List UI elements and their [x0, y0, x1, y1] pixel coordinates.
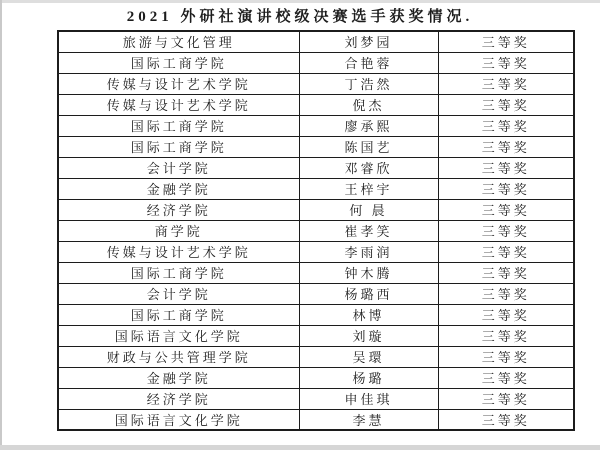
- name-cell: 杨璐: [299, 367, 438, 388]
- college-cell: 国际工商学院: [58, 52, 299, 73]
- name-cell: 刘璇: [299, 325, 438, 346]
- award-cell: 三等奖: [438, 136, 574, 157]
- document-page: 2021 外研社演讲校级决赛选手获奖情况. 旅游与文化管理刘梦园三等奖国际工商学…: [0, 0, 600, 450]
- table-row: 商学院崔孝笑三等奖: [58, 220, 574, 241]
- award-cell: 三等奖: [438, 409, 574, 430]
- document-title: 2021 外研社演讲校级决赛选手获奖情况.: [0, 5, 600, 26]
- name-cell: 吴環: [299, 346, 438, 367]
- name-cell: 廖承熙: [299, 115, 438, 136]
- college-cell: 国际工商学院: [58, 304, 299, 325]
- name-cell: 倪杰: [299, 94, 438, 115]
- awards-table: 旅游与文化管理刘梦园三等奖国际工商学院合艳蓉三等奖传媒与设计艺术学院丁浩然三等奖…: [57, 30, 575, 431]
- table-row: 国际工商学院陈国艺三等奖: [58, 136, 574, 157]
- table-row: 传媒与设计艺术学院倪杰三等奖: [58, 94, 574, 115]
- award-cell: 三等奖: [438, 367, 574, 388]
- name-cell: 崔孝笑: [299, 220, 438, 241]
- award-cell: 三等奖: [438, 73, 574, 94]
- awards-table-body: 旅游与文化管理刘梦园三等奖国际工商学院合艳蓉三等奖传媒与设计艺术学院丁浩然三等奖…: [58, 31, 574, 430]
- table-row: 国际工商学院廖承熙三等奖: [58, 115, 574, 136]
- name-cell: 合艳蓉: [299, 52, 438, 73]
- name-cell: 丁浩然: [299, 73, 438, 94]
- table-row: 国际工商学院钟木腾三等奖: [58, 262, 574, 283]
- college-cell: 经济学院: [58, 199, 299, 220]
- table-row: 国际语言文化学院李慧三等奖: [58, 409, 574, 430]
- name-cell: 李雨润: [299, 241, 438, 262]
- college-cell: 会计学院: [58, 283, 299, 304]
- table-row: 经济学院申佳琪三等奖: [58, 388, 574, 409]
- college-cell: 财政与公共管理学院: [58, 346, 299, 367]
- name-cell: 李慧: [299, 409, 438, 430]
- college-cell: 国际工商学院: [58, 262, 299, 283]
- name-cell: 申佳琪: [299, 388, 438, 409]
- table-row: 国际语言文化学院刘璇三等奖: [58, 325, 574, 346]
- award-cell: 三等奖: [438, 178, 574, 199]
- award-cell: 三等奖: [438, 346, 574, 367]
- name-cell: 陈国艺: [299, 136, 438, 157]
- college-cell: 传媒与设计艺术学院: [58, 94, 299, 115]
- table-row: 经济学院何 晨三等奖: [58, 199, 574, 220]
- college-cell: 旅游与文化管理: [58, 31, 299, 52]
- award-cell: 三等奖: [438, 52, 574, 73]
- table-row: 旅游与文化管理刘梦园三等奖: [58, 31, 574, 52]
- name-cell: 钟木腾: [299, 262, 438, 283]
- table-row: 会计学院杨璐西三等奖: [58, 283, 574, 304]
- table-row: 金融学院杨璐三等奖: [58, 367, 574, 388]
- name-cell: 邓睿欣: [299, 157, 438, 178]
- award-cell: 三等奖: [438, 262, 574, 283]
- table-row: 传媒与设计艺术学院丁浩然三等奖: [58, 73, 574, 94]
- college-cell: 国际语言文化学院: [58, 409, 299, 430]
- table-row: 传媒与设计艺术学院李雨润三等奖: [58, 241, 574, 262]
- award-cell: 三等奖: [438, 241, 574, 262]
- college-cell: 经济学院: [58, 388, 299, 409]
- award-cell: 三等奖: [438, 304, 574, 325]
- award-cell: 三等奖: [438, 94, 574, 115]
- name-cell: 刘梦园: [299, 31, 438, 52]
- award-cell: 三等奖: [438, 115, 574, 136]
- college-cell: 金融学院: [58, 178, 299, 199]
- table-row: 国际工商学院林博三等奖: [58, 304, 574, 325]
- college-cell: 国际工商学院: [58, 136, 299, 157]
- college-cell: 商学院: [58, 220, 299, 241]
- award-cell: 三等奖: [438, 199, 574, 220]
- name-cell: 杨璐西: [299, 283, 438, 304]
- table-row: 国际工商学院合艳蓉三等奖: [58, 52, 574, 73]
- college-cell: 传媒与设计艺术学院: [58, 241, 299, 262]
- table-row: 会计学院邓睿欣三等奖: [58, 157, 574, 178]
- name-cell: 何 晨: [299, 199, 438, 220]
- award-cell: 三等奖: [438, 388, 574, 409]
- award-cell: 三等奖: [438, 283, 574, 304]
- award-cell: 三等奖: [438, 325, 574, 346]
- college-cell: 国际语言文化学院: [58, 325, 299, 346]
- name-cell: 林博: [299, 304, 438, 325]
- award-cell: 三等奖: [438, 31, 574, 52]
- award-cell: 三等奖: [438, 157, 574, 178]
- college-cell: 会计学院: [58, 157, 299, 178]
- college-cell: 传媒与设计艺术学院: [58, 73, 299, 94]
- table-row: 金融学院王梓宇三等奖: [58, 178, 574, 199]
- name-cell: 王梓宇: [299, 178, 438, 199]
- award-cell: 三等奖: [438, 220, 574, 241]
- college-cell: 金融学院: [58, 367, 299, 388]
- college-cell: 国际工商学院: [58, 115, 299, 136]
- table-row: 财政与公共管理学院吴環三等奖: [58, 346, 574, 367]
